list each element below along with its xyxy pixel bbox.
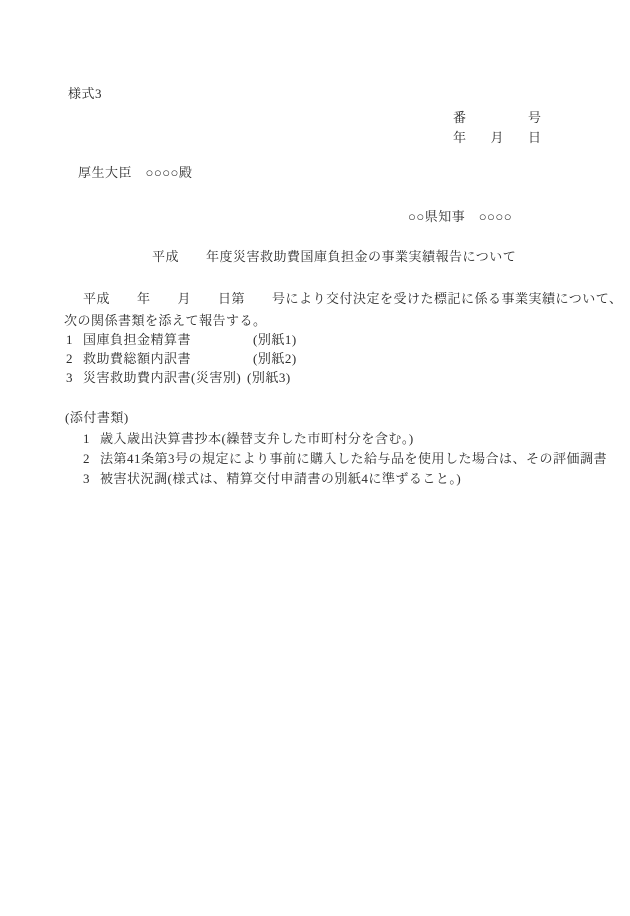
attachment-row-text: 歳入歳出決算書抄本(繰替支弁した市町村分を含む。) bbox=[100, 432, 414, 447]
body-line-2: 次の関係書類を添えて報告する。 bbox=[64, 314, 267, 329]
date-day: 日 bbox=[528, 127, 541, 146]
document-row-note: (別紙1) bbox=[253, 333, 297, 348]
document-title: 平成 年度災害救助費国庫負担金の事業実績報告について bbox=[152, 250, 516, 265]
document-row-note: (別紙3) bbox=[247, 371, 291, 386]
attachment-row-number: 2 bbox=[83, 452, 90, 467]
doc-number-go: 号 bbox=[528, 107, 541, 126]
document-row-name: 救助費総額内訳書 bbox=[83, 352, 191, 367]
attachments-heading: (添付書類) bbox=[65, 411, 129, 426]
body-line-1: 平成 年 月 日第 号により交付決定を受けた標記に係る事業実績について、 bbox=[83, 292, 622, 307]
document-row-number: 3 bbox=[66, 371, 73, 386]
sender-line: ○○県知事 ○○○○ bbox=[408, 210, 512, 225]
document-row-number: 2 bbox=[66, 352, 73, 367]
document-page: 様式3 番 号 年 月 日 厚生大臣 ○○○○殿 ○○県知事 ○○○○ 平成 年… bbox=[0, 0, 630, 916]
doc-number-row: 番 号 bbox=[453, 107, 541, 126]
doc-number-ban: 番 bbox=[453, 107, 466, 126]
recipient-line: 厚生大臣 ○○○○殿 bbox=[78, 166, 192, 181]
attachment-row-text: 法第41条第3号の規定により事前に購入した給与品を使用した場合は、その評価調書 bbox=[100, 452, 607, 467]
attachment-row-text: 被害状況調(様式は、精算交付申請書の別紙4に準ずること。) bbox=[100, 472, 461, 487]
attachment-row-number: 3 bbox=[83, 472, 90, 487]
document-row-name: 災害救助費内訳書(災害別) bbox=[83, 371, 241, 386]
form-label: 様式3 bbox=[68, 87, 102, 102]
date-year: 年 bbox=[453, 127, 466, 146]
attachment-row-number: 1 bbox=[83, 432, 90, 447]
date-month: 月 bbox=[490, 127, 503, 146]
document-row-name: 国庫負担金精算書 bbox=[83, 333, 191, 348]
date-row: 年 月 日 bbox=[453, 127, 541, 146]
document-row-note: (別紙2) bbox=[253, 352, 297, 367]
document-row-number: 1 bbox=[66, 333, 73, 348]
